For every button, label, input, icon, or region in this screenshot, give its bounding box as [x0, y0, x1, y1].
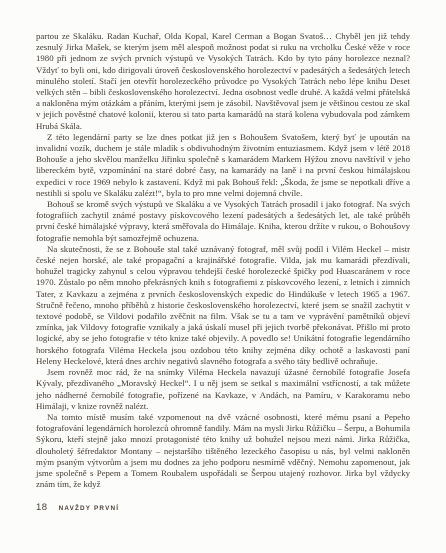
page-text: partou ze Skaláku. Radan Kuchař, Olda Ko…	[36, 31, 410, 490]
page-number: 18	[36, 502, 48, 513]
running-title: NAVŽDY PRVNÍ	[59, 505, 120, 512]
book-page: partou ze Skaláku. Radan Kuchař, Olda Ko…	[0, 0, 446, 553]
paragraph: partou ze Skaláku. Radan Kuchař, Olda Ko…	[36, 31, 410, 132]
paragraph: Bohouš se kromě svých výstupů ve Skaláku…	[36, 199, 410, 244]
paragraph: Na skutečnosti, že se z Bohouše stal tak…	[36, 244, 410, 367]
paragraph: Jsem rovněž moc rád, že na snímky Viléma…	[36, 367, 410, 412]
paragraph: Na tomto místě musím také vzpomenout na …	[36, 412, 410, 490]
paragraph: Z této legendární party se lze dnes potk…	[36, 132, 410, 199]
page-footer: 18 NAVŽDY PRVNÍ	[36, 502, 119, 513]
